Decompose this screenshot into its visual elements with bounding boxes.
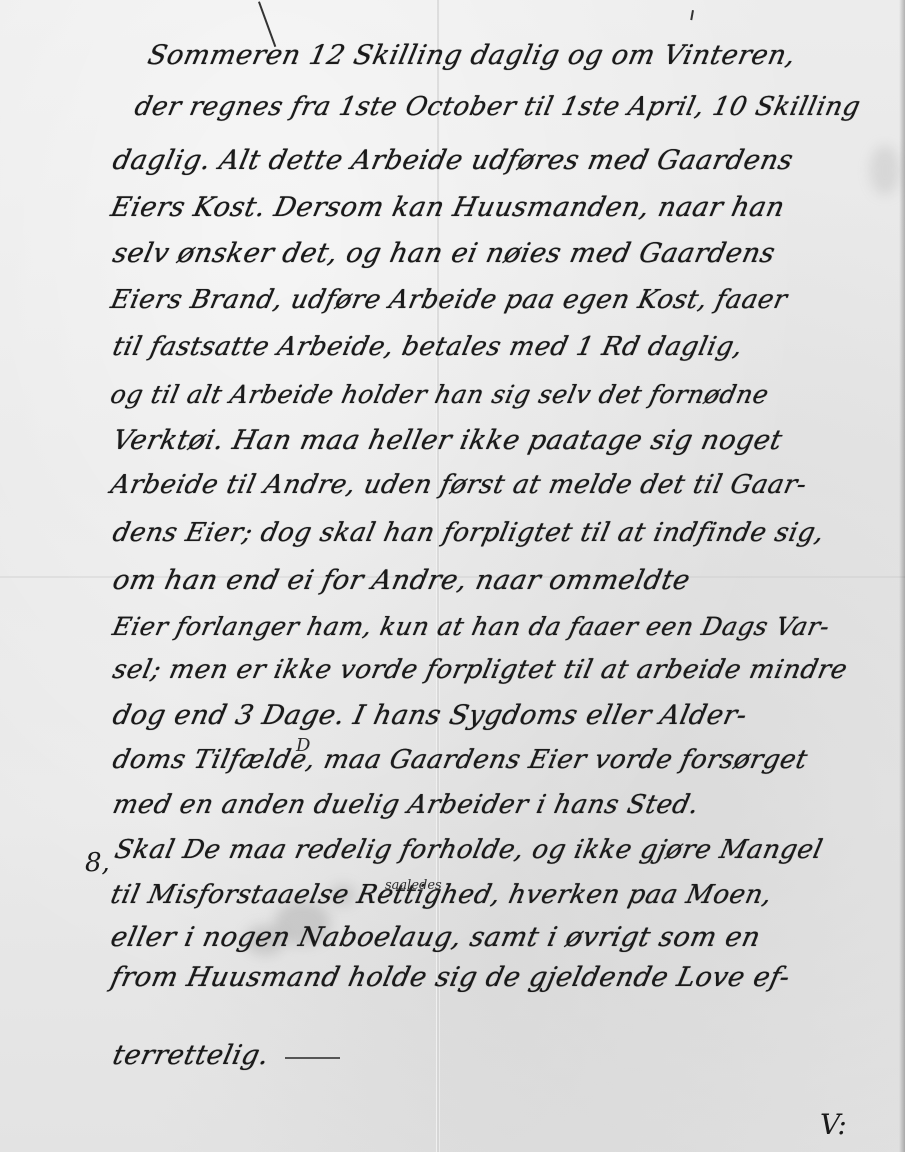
text-line-3: daglig. Alt dette Arbeide udføres med Ga…: [110, 145, 796, 176]
closing-flourish-line: [285, 1057, 340, 1059]
interlinear-insertion: saaledes: [385, 878, 442, 893]
text-line-14: sel; men er ikke vorde forpligtet til at…: [110, 655, 850, 685]
text-line-18: Skal De maa redelig forholde, og ikke gj…: [112, 835, 826, 865]
text-line-1: Sommeren 12 Skilling daglig og om Vinter…: [145, 40, 799, 71]
text-line-2: der regnes fra 1ste October til 1ste Apr…: [132, 92, 863, 122]
page-catchword: V:: [820, 1108, 847, 1141]
text-line-4: Eiers Kost. Dersom kan Huusmanden, naar …: [108, 192, 788, 223]
paragraph-number: 8,: [85, 848, 110, 878]
text-line-22: terrettelig.: [110, 1040, 272, 1071]
text-line-6: Eiers Brand, udføre Arbeide paa egen Kos…: [108, 285, 790, 315]
text-line-16: doms Tilfælde, maa Gaardens Eier vorde f…: [110, 745, 810, 775]
text-line-17: med en anden duelig Arbeider i hans Sted…: [110, 790, 702, 820]
text-line-15: dog end 3 Dage. I hans Sygdoms eller Ald…: [110, 700, 750, 731]
text-line-10: Arbeide til Andre, uden først at melde d…: [108, 470, 810, 500]
text-line-20: eller i nogen Naboelaug, samt i øvrigt s…: [108, 922, 763, 953]
text-line-5: selv ønsker det, og han ei nøies med Gaa…: [110, 238, 778, 269]
interlinear-correction: D: [296, 735, 310, 756]
paper-stain: [870, 145, 900, 195]
text-line-8: og til alt Arbeide holder han sig selv d…: [108, 380, 772, 409]
text-line-12: om han end ei for Andre, naar ommeldte: [110, 565, 693, 596]
text-line-21: from Huusmand holde sig de gjeldende Lov…: [108, 962, 793, 993]
text-line-7: til fastsatte Arbeide, betales med 1 Rd …: [110, 332, 746, 362]
text-line-11: dens Eier; dog skal han forpligtet til a…: [110, 518, 827, 548]
text-line-13: Eier forlanger ham, kun at han da faaer …: [110, 612, 832, 641]
text-line-9: Verktøi. Han maa heller ikke paatage sig…: [110, 425, 785, 456]
